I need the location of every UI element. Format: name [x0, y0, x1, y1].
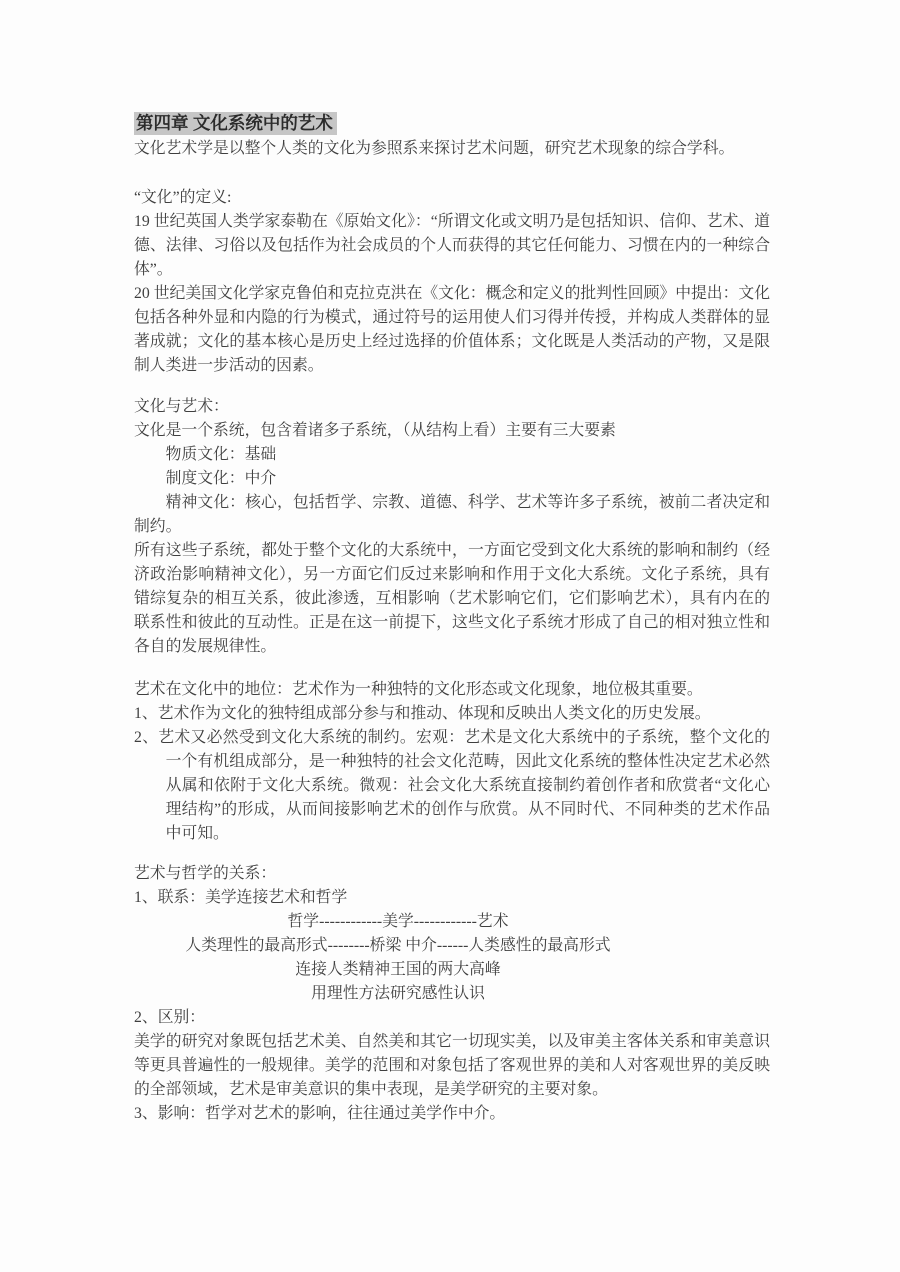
diagram-line-philosophy-aesthetics-art: 哲学------------美学------------艺术 — [134, 910, 662, 934]
art-position-item-2: 2、艺术又必然受到文化大系统的制约。宏观：艺术是文化大系统中的子系统，整个文化的… — [134, 726, 770, 846]
section-art-position: 艺术在文化中的地位：艺术作为一种独特的文化形态或文化现象，地位极其重要。 1、艺… — [134, 678, 770, 846]
diagram-line-two-peaks: 连接人类精神王国的两大高峰 — [134, 958, 662, 982]
definition-heading: “文化”的定义: — [134, 186, 770, 210]
section-culture-definition: “文化”的定义: 19 世纪英国人类学家泰勒在《原始文化》：“所谓文化或文明乃是… — [134, 186, 770, 378]
philosophy-link-item: 1、联系：美学连接艺术和哲学 — [134, 886, 770, 910]
philosophy-influence-item: 3、影响：哲学对艺术的影响，往往通过美学作中介。 — [134, 1102, 770, 1126]
art-position-heading: 艺术在文化中的地位：艺术作为一种独特的文化形态或文化现象，地位极其重要。 — [134, 678, 770, 702]
spiritual-culture-line: 精神文化：核心，包括哲学、宗教、道德、科学、艺术等许多子系统，被前二者决定和制约… — [134, 491, 770, 539]
art-philosophy-heading: 艺术与哲学的关系： — [134, 862, 770, 886]
document-content: 第四章 文化系统中的艺术 文化艺术学是以整个人类的文化为参照系来探讨艺术问题，研… — [134, 110, 770, 1126]
art-position-item-1: 1、艺术作为文化的独特组成部分参与和推动、体现和反映出人类文化的历史发展。 — [134, 702, 770, 726]
diagram-line-rational-bridge-sensual: 人类理性的最高形式--------桥梁 中介------人类感性的最高形式 — [134, 934, 662, 958]
document-page: 第四章 文化系统中的艺术 文化艺术学是以整个人类的文化为参照系来探讨艺术问题，研… — [0, 0, 900, 1272]
culture-system-line: 文化是一个系统，包含着诸多子系统，（从结构上看）主要有三大要素 — [134, 419, 770, 443]
institutional-culture-line: 制度文化：中介 — [134, 467, 770, 491]
culture-art-heading: 文化与艺术： — [134, 395, 770, 419]
chapter-heading: 第四章 文化系统中的艺术 — [134, 110, 770, 137]
diagram-line-rational-method: 用理性方法研究感性认识 — [134, 982, 662, 1006]
intro-paragraph: 文化艺术学是以整个人类的文化为参照系来探讨艺术问题，研究艺术现象的综合学科。 — [134, 137, 770, 161]
definition-kroeber-paragraph: 20 世纪美国文化学家克鲁伯和克拉克洪在《文化：概念和定义的批判性回顾》中提出：… — [134, 282, 770, 378]
material-culture-line: 物质文化：基础 — [134, 443, 770, 467]
section-culture-and-art: 文化与艺术： 文化是一个系统，包含着诸多子系统，（从结构上看）主要有三大要素 物… — [134, 395, 770, 659]
philosophy-difference-item: 2、区别： — [134, 1006, 770, 1030]
chapter-heading-highlight: 第四章 文化系统中的艺术 — [134, 112, 337, 135]
definition-tylor-paragraph: 19 世纪英国人类学家泰勒在《原始文化》：“所谓文化或文明乃是包括知识、信仰、艺… — [134, 210, 770, 282]
philosophy-aesthetics-art-diagram: 哲学------------美学------------艺术 人类理性的最高形式… — [134, 910, 662, 1006]
philosophy-difference-body: 美学的研究对象既包括艺术美、自然美和其它一切现实美，以及审美主客体关系和审美意识… — [134, 1030, 770, 1102]
subsystems-paragraph: 所有这些子系统，都处于整个文化的大系统中，一方面它受到文化大系统的影响和制约（经… — [134, 539, 770, 659]
section-art-philosophy: 艺术与哲学的关系： 1、联系：美学连接艺术和哲学 哲学------------美… — [134, 862, 770, 1126]
